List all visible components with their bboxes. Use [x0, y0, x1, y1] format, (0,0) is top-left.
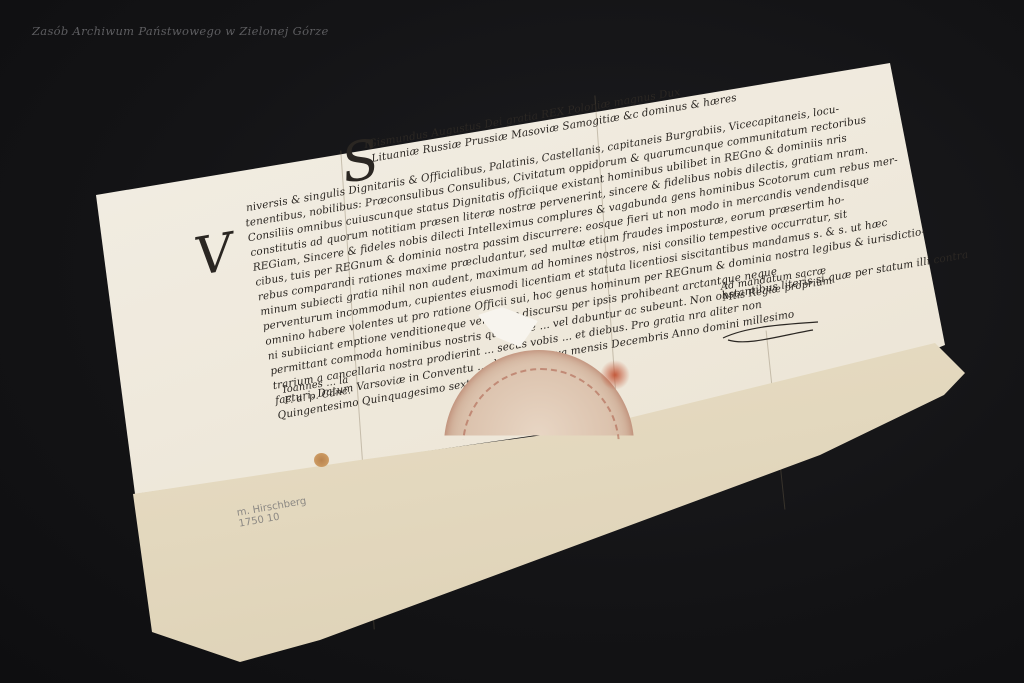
signature-flourish-icon — [718, 318, 828, 348]
parchment-document: V S IGismundus Augustus Dei gratia REX P… — [0, 0, 1024, 683]
red-wax-edge — [600, 360, 630, 390]
wax-stain — [314, 453, 329, 467]
